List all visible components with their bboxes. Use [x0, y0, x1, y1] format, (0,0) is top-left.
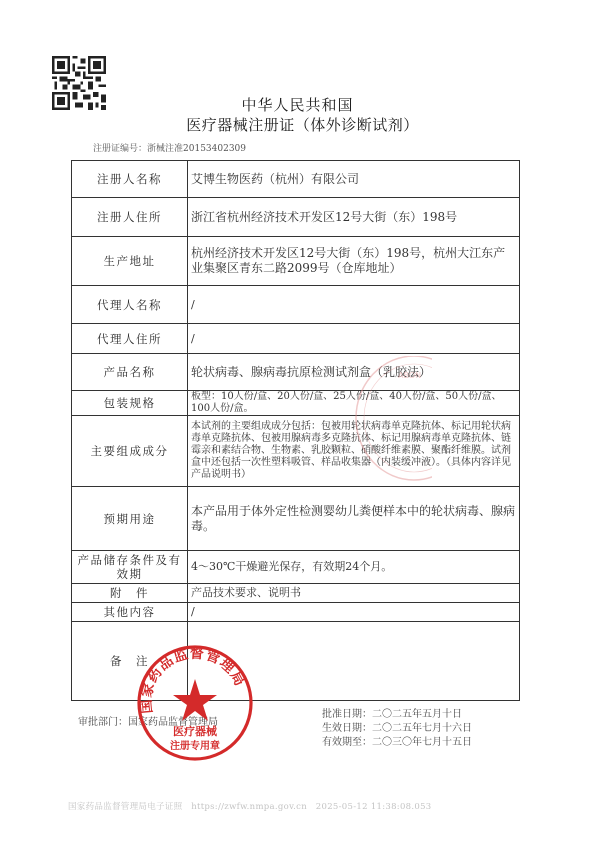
svg-text:ABON: ABON: [398, 371, 421, 380]
table-row-intended-use: 预期用途 本产品用于体外定性检测婴幼儿粪便样本中的轮状病毒、腺病毒。: [72, 487, 520, 551]
registration-number: 注册证编号：浙械注准20153402309: [93, 141, 246, 154]
registration-number-label: 注册证编号：: [93, 144, 147, 154]
field-value: /: [188, 603, 520, 622]
country-title: 中华人民共和国: [0, 94, 595, 115]
table-row-main-components: 主要组成成分 本试剂的主要组成成分包括：包被用轮状病毒单克隆抗体、标记用轮状病毒…: [72, 416, 520, 487]
official-seal-icon: 国家药品监督管理局 医疗器械 注册专用章: [137, 645, 253, 761]
field-label: 包装规格: [72, 391, 188, 416]
field-label: 注册人名称: [72, 161, 188, 198]
field-label: 预期用途: [72, 487, 188, 551]
field-label: 生产地址: [72, 237, 188, 286]
registration-number-value: 浙械注准20153402309: [147, 144, 246, 154]
table-row-other: 其他内容 /: [72, 603, 520, 622]
table-row-production-address: 生产地址 杭州经济技术开发区12号大街（东）198号，杭州大江东产业集聚区青东二…: [72, 237, 520, 286]
table-row-registrant-address: 注册人住所 浙江省杭州经济技术开发区12号大街（东）198号: [72, 198, 520, 237]
field-label: 主要组成成分: [72, 416, 188, 487]
table-row-agent-name: 代理人名称 /: [72, 286, 520, 324]
field-value: 艾博生物医药（杭州）有限公司: [188, 161, 520, 198]
electronic-certificate-watermark: 国家药品监督管理局电子证照 https://zwfw.nmpa.gov.cn 2…: [68, 800, 432, 812]
field-value: 产品技术要求、说明书: [188, 584, 520, 603]
approval-date: 批准日期：二〇二五年五月十日: [322, 708, 472, 722]
field-label: 代理人名称: [72, 286, 188, 324]
table-row-registrant-name: 注册人名称 艾博生物医药（杭州）有限公司: [72, 161, 520, 198]
field-label: 其他内容: [72, 603, 188, 622]
field-label: 产品储存条件及有效期: [72, 551, 188, 584]
effective-date: 生效日期：二〇二五年七月十六日: [322, 722, 472, 736]
table-row-package-spec: 包装规格 板型：10人份/盒、20人份/盒、25人份/盒、40人份/盒、50人份…: [72, 391, 520, 416]
field-label: 注册人住所: [72, 198, 188, 237]
svg-text:注册专用章: 注册专用章: [170, 739, 220, 752]
company-seal-icon: ABON: [352, 356, 432, 486]
table-row-storage: 产品储存条件及有效期 4～30℃干燥避光保存，有效期24个月。: [72, 551, 520, 584]
table-row-agent-address: 代理人住所 /: [72, 324, 520, 354]
dates-block: 批准日期：二〇二五年五月十日 生效日期：二〇二五年七月十六日 有效期至：二〇三〇…: [322, 708, 472, 750]
field-value: 本产品用于体外定性检测婴幼儿粪便样本中的轮状病毒、腺病毒。: [188, 487, 520, 551]
field-label: 代理人住所: [72, 324, 188, 354]
field-value: 杭州经济技术开发区12号大街（东）198号，杭州大江东产业集聚区青东二路2099…: [188, 237, 520, 286]
department-label: 审批部门：: [78, 717, 128, 728]
field-value: 4～30℃干燥避光保存，有效期24个月。: [188, 551, 520, 584]
certificate-table: 注册人名称 艾博生物医药（杭州）有限公司 注册人住所 浙江省杭州经济技术开发区1…: [71, 160, 520, 701]
field-value: /: [188, 324, 520, 354]
field-label: 产品名称: [72, 354, 188, 391]
expiry-date: 有效期至：二〇三〇年七月十五日: [322, 736, 472, 750]
field-label: 附 件: [72, 584, 188, 603]
field-value: 浙江省杭州经济技术开发区12号大街（东）198号: [188, 198, 520, 237]
table-row-product-name: 产品名称 轮状病毒、腺病毒抗原检测试剂盒（乳胶法）: [72, 354, 520, 391]
table-row-attachments: 附 件 产品技术要求、说明书: [72, 584, 520, 603]
certificate-title: 医疗器械注册证（体外诊断试剂）: [5, 114, 595, 135]
field-value: /: [188, 286, 520, 324]
svg-text:医疗器械: 医疗器械: [173, 724, 218, 738]
